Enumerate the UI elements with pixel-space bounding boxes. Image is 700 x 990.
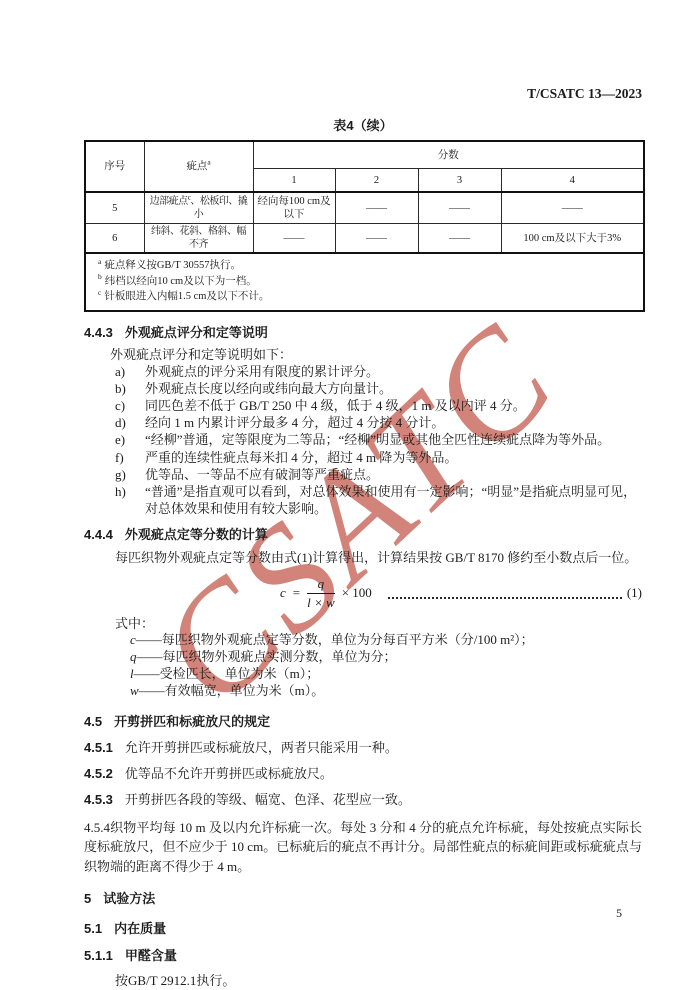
formula-dotted-leader [388,588,622,599]
definition-c: c——每匹织物外观疵点定等分数，单位为分每百平方米（分/100 m²）； [130,632,642,649]
footnote-b-text: 纬档以经向10 cm及以下为一档。 [105,276,257,287]
clause-5-title: 试验方法 [103,891,155,906]
list-item-f: f)严重的连续性疵点每米扣 4 分，超过 4 m 降为等外品。 [115,449,642,466]
clause-511-title: 甲醛含量 [125,948,177,963]
clause-454-text: 织物平均每 10 m 及以内允许标疵一次。每处 3 分和 4 分的疵点允许标疵，… [84,820,642,874]
clause-45-heading: 4.5开剪拼匹和标疵放尺的规定 [84,713,642,730]
standard-number: T/CSATC 13—2023 [84,86,642,102]
clause-45-title: 开剪拼匹和标疵放尺的规定 [114,714,270,729]
footnote-c-text: 针板眼进入内幅1.5 cm及以下不计。 [104,291,269,302]
list-item-d-label: d) [115,414,145,431]
formula-expression: c = q l × w × 100 [280,576,372,611]
formula-tag: (1) [627,585,642,601]
list-item-g-label: g) [115,466,145,483]
definition-q-text: ——每匹织物外观疵点实测分数，单位为分； [137,649,397,664]
formula-fraction: q l × w [307,576,335,611]
formula-equals: = [293,585,300,601]
cell-seq: 5 [85,192,144,224]
list-item-c: c)同匹色差不低于 GB/T 250 中 4 级，低于 4 级，1 m 及以内评… [115,397,642,414]
clause-444-heading: 4.4.4外观疵点定等分数的计算 [84,526,642,543]
clause-511-number: 5.1.1 [84,948,113,963]
list-item-f-text: 严重的连续性疵点每米扣 4 分，超过 4 m 降为等外品。 [145,450,457,465]
list-item-a: a)外观疵点的评分采用有限度的累计评分。 [115,363,642,380]
clause-451: 4.5.1允许开剪拼匹或标疵放尺，两者只能采用一种。 [84,739,642,756]
clause-452-text: 优等品不允许开剪拼匹或标疵放尺。 [125,766,333,781]
col-header-seq: 序号 [85,141,144,192]
clause-453-text: 开剪拼匹各段的等级、幅宽、色泽、花型应一致。 [125,792,411,807]
formula-multiplier: × 100 [342,585,372,601]
clause-45-number: 4.5 [84,714,102,729]
clause-451-number: 4.5.1 [84,740,113,755]
definition-l: l——受检匹长，单位为米（m）； [130,666,642,683]
footnote-marker-a: a [207,158,210,167]
defect-score-table: 序号 疵点a 分数 1 2 3 4 5 边部疵点c、松板印、撬小 经向每100 … [84,140,645,312]
list-item-e: e)“经柳”普通，定等限度为二等品；“经柳”明显或其他全匹性连续疵点降为等外品。 [115,431,642,448]
cell-seq: 6 [85,224,144,254]
definition-w: w——有效幅宽，单位为米（m）。 [130,683,642,700]
cell-score-4: —— [501,192,644,224]
cell-score-3: —— [418,192,501,224]
col-header-defect-label: 疵点 [186,161,207,172]
clause-51-heading: 5.1内在质量 [84,920,642,937]
cell-defect: 纬斜、花斜、格斜、幅不齐 [144,224,253,254]
clause-5-number: 5 [84,891,91,906]
footnote-b-marker: b [98,272,102,281]
table-row: 6 纬斜、花斜、格斜、幅不齐 —— —— —— 100 cm及以下大于3% [85,224,644,254]
cell-score-2: —— [335,224,418,254]
clause-444-title: 外观疵点定等分数的计算 [125,527,268,542]
footnote-c: c针板眼进入内幅1.5 cm及以下不计。 [98,289,641,305]
cell-defect: 边部疵点c、松板印、撬小 [144,192,253,224]
footnotes-cell: a疵点释义按GB/T 30557执行。 b纬档以经向10 cm及以下为一档。 c… [85,253,644,311]
list-item-b: b)外观疵点长度以经向或纬向最大方向量计。 [115,380,642,397]
clause-444-paragraph: 每匹织物外观疵点定等分数由式(1)计算得出，计算结果按 GB/T 8170 修约… [115,549,642,566]
definition-c-text: ——每匹织物外观疵点定等分数，单位为分每百平方米（分/100 m²）； [136,632,534,647]
footnote-a-marker: a [98,257,101,266]
list-item-f-label: f) [115,449,145,466]
formula-denominator: l × w [307,594,335,611]
clause-51-number: 5.1 [84,921,102,936]
page-content: T/CSATC 13—2023 表4（续） 序号 疵点a 分数 1 2 3 4 [0,86,700,989]
definition-q: q——每匹织物外观疵点实测分数，单位为分； [130,649,642,666]
list-item-c-text: 同匹色差不低于 GB/T 250 中 4 级，低于 4 级，1 m 及以内评 4… [145,398,526,413]
footnote-b: b纬档以经向10 cm及以下为一档。 [98,274,641,290]
clause-443-intro: 外观疵点评分和定等说明如下： [110,346,642,363]
col-header-score-2: 2 [335,169,418,193]
formula-1: c = q l × w × 100 (1) [84,573,642,613]
col-header-score-4: 4 [501,169,644,193]
definition-w-symbol: w [130,683,139,698]
list-item-b-text: 外观疵点长度以经向或纬向最大方向量计。 [145,381,392,396]
table-header-row: 序号 疵点a 分数 [85,141,644,169]
table-title: 表4（续） [84,115,642,134]
clause-443-number: 4.4.3 [84,325,113,340]
list-item-e-text: “经柳”普通，定等限度为二等品；“经柳”明显或其他全匹性连续疵点降为等外品。 [145,432,610,447]
col-header-score-1: 1 [253,169,335,193]
clause-454: 4.5.4织物平均每 10 m 及以内允许标疵一次。每处 3 分和 4 分的疵点… [84,818,642,877]
clause-453-number: 4.5.3 [84,792,113,807]
cell-score-1: 经向每100 cm及以下 [253,192,335,224]
cell-score-3: —— [418,224,501,254]
table-footnotes: a疵点释义按GB/T 30557执行。 b纬档以经向10 cm及以下为一档。 c… [85,253,644,311]
formula-where-intro: 式中： [115,615,642,632]
col-header-defect: 疵点a [144,141,253,192]
list-item-a-text: 外观疵点的评分采用有限度的累计评分。 [145,364,379,379]
cell-score-1: —— [253,224,335,254]
list-item-b-label: b) [115,380,145,397]
clause-452: 4.5.2优等品不允许开剪拼匹或标疵放尺。 [84,765,642,782]
list-item-g: g)优等品、一等品不应有破洞等严重疵点。 [115,466,642,483]
formula-numerator: q [307,576,335,594]
clause-454-number: 4.5.4 [84,820,110,835]
clause-452-number: 4.5.2 [84,766,113,781]
clause-511-heading: 5.1.1甲醛含量 [84,947,642,964]
list-item-c-label: c) [115,397,145,414]
formula-lhs: c [280,585,286,601]
clause-51-title: 内在质量 [114,921,166,936]
cell-score-2: —— [335,192,418,224]
list-item-h: h)“普通”是指直观可以看到，对总体效果和使用有一定影响；“明显”是指疵点明显可… [115,483,642,517]
list-item-h-text: “普通”是指直观可以看到，对总体效果和使用有一定影响；“明显”是指疵点明显可见，… [145,484,636,516]
list-item-h-label: h) [115,483,145,500]
clause-444-number: 4.4.4 [84,527,113,542]
clause-511-paragraph: 按GB/T 2912.1执行。 [115,972,642,989]
footnote-a-text: 疵点释义按GB/T 30557执行。 [104,260,241,271]
clause-453: 4.5.3开剪拼匹各段的等级、幅宽、色泽、花型应一致。 [84,791,642,808]
footnote-a: a疵点释义按GB/T 30557执行。 [98,258,641,274]
clause-443-heading: 4.4.3外观疵点评分和定等说明 [84,324,642,341]
list-item-d: d)经向 1 m 内累计评分最多 4 分，超过 4 分按 4 分计。 [115,414,642,431]
list-item-a-label: a) [115,363,145,380]
list-item-e-label: e) [115,431,145,448]
table-row: 5 边部疵点c、松板印、撬小 经向每100 cm及以下 —— —— —— [85,192,644,224]
col-header-score: 分数 [253,141,644,169]
col-header-score-3: 3 [418,169,501,193]
list-item-g-text: 优等品、一等品不应有破洞等严重疵点。 [145,467,379,482]
list-item-d-text: 经向 1 m 内累计评分最多 4 分，超过 4 分按 4 分计。 [145,415,444,430]
clause-451-text: 允许开剪拼匹或标疵放尺，两者只能采用一种。 [125,740,398,755]
document-page: CSATC T/CSATC 13—2023 表4（续） 序号 疵点a 分数 1 … [0,0,700,990]
cell-score-4: 100 cm及以下大于3% [501,224,644,254]
page-number: 5 [616,906,622,921]
definition-l-text: ——受检匹长，单位为米（m）； [134,666,320,681]
footnote-c-marker: c [98,288,101,297]
clause-5-heading: 5试验方法 [84,890,642,907]
definition-w-text: ——有效幅宽，单位为米（m）。 [139,683,325,698]
defect-text: 、松板印、撬小 [190,196,247,220]
clause-443-title: 外观疵点评分和定等说明 [125,325,268,340]
defect-text: 边部疵点 [150,196,188,207]
